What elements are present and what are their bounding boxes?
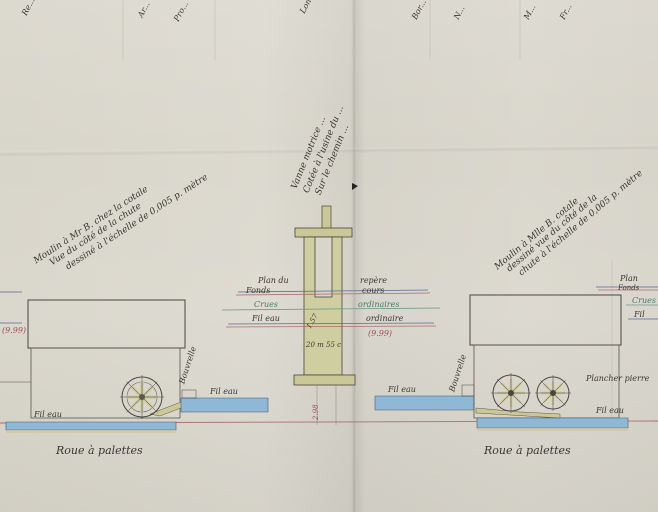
right-water-channel	[477, 418, 628, 428]
right-paddle-wheel-2	[535, 375, 571, 411]
right-edge-label-crues: Crues	[632, 296, 656, 305]
level-label-ordinaires: ordinaires	[358, 300, 399, 309]
center-sluice	[294, 206, 355, 425]
level-label-crues: Crues	[254, 300, 278, 309]
left-wheel-caption: Roue à palettes	[56, 444, 143, 457]
level-measure: (9.99)	[368, 329, 392, 338]
left-water-channel	[6, 422, 176, 430]
sluice-height-note: 20 m 55 c	[306, 341, 341, 349]
right-channel-label: Fil eau	[596, 406, 624, 415]
level-label-ordinaire: ordinaire	[366, 314, 403, 323]
left-mill-building	[0, 292, 185, 418]
center-right-water-channel	[375, 396, 474, 410]
level-label-cours: cours	[362, 286, 384, 295]
mill-drawing	[0, 0, 658, 512]
left-channel-label: Fil eau	[34, 410, 62, 419]
pin-mark	[352, 183, 358, 190]
sluice-bottom-measure: 2.98	[312, 404, 320, 420]
right-edge-label-plan: Plan	[620, 274, 638, 283]
center-right-channel-label: Fil eau	[388, 385, 416, 394]
center-left-water-channel	[181, 398, 268, 412]
left-paddle-wheel	[120, 375, 164, 419]
level-label-fonds: Fonds	[246, 286, 270, 295]
right-floor-label: Plancher pierre	[586, 374, 649, 383]
right-paddle-wheel-1	[491, 373, 531, 413]
left-edge-measure: (9.99)	[2, 326, 26, 335]
center-left-channel-label: Fil eau	[210, 387, 238, 396]
right-edge-label-fonds: Fonds	[618, 284, 639, 292]
right-edge-label-fil: Fil	[634, 310, 645, 319]
level-label-fil-eau: Fil eau	[252, 314, 280, 323]
right-wheel-caption: Roue à palettes	[484, 444, 571, 457]
right-mill-building	[470, 287, 658, 418]
level-label-repere: repère	[360, 276, 387, 285]
level-label-plan: Plan du	[258, 276, 289, 285]
